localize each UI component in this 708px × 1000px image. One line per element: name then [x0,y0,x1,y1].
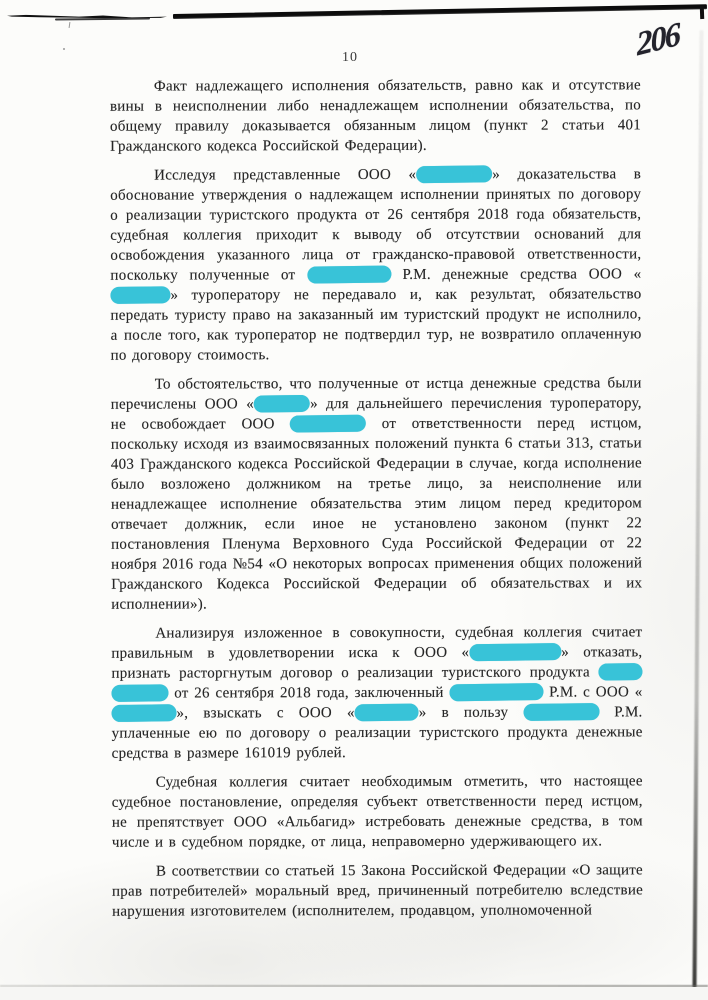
redaction-highlight [449,683,543,701]
redaction-highlight [307,266,391,284]
redaction-highlight [598,663,642,681]
paragraph: Судебная коллегия считает необходимым от… [112,771,643,852]
redaction-highlight [111,704,176,722]
paragraph: Исследуя представленные ООО «» доказател… [110,164,642,365]
redaction-highlight [416,165,492,183]
scan-artifact-top-bar-end-stub [700,6,704,19]
scan-artifact-speck [69,22,71,28]
redaction-highlight [110,286,170,304]
redaction-highlight [290,415,366,433]
scan-artifact-top-left-streak-thin [55,18,150,21]
scan-artifact-speck [63,48,65,50]
handwritten-page-mark: 206 [635,16,680,64]
scan-artifact-right-page-edge-shadow [692,30,703,988]
scan-artifact-below-page-area [0,987,708,1000]
paragraph: В соответствии со статьей 15 Закона Росс… [112,860,643,921]
paragraph: То обстоятельство, что полученные от ист… [111,373,643,614]
paragraph: Факт надлежащего исполнения обязательств… [110,75,641,156]
redaction-highlight [111,684,168,702]
document-body: Факт надлежащего исполнения обязательств… [110,75,643,930]
scan-artifact-top-black-bar [173,4,707,19]
page-number: 10 [310,50,390,66]
paragraph: Анализируя изложенное в совокупности, су… [111,622,642,763]
redaction-highlight [355,704,419,722]
redaction-highlight [523,703,599,721]
redaction-highlight [469,643,561,661]
redaction-highlight [254,395,310,413]
scanned-court-document-page: 10 206 Факт надлежащего исполнения обяза… [0,0,708,1000]
